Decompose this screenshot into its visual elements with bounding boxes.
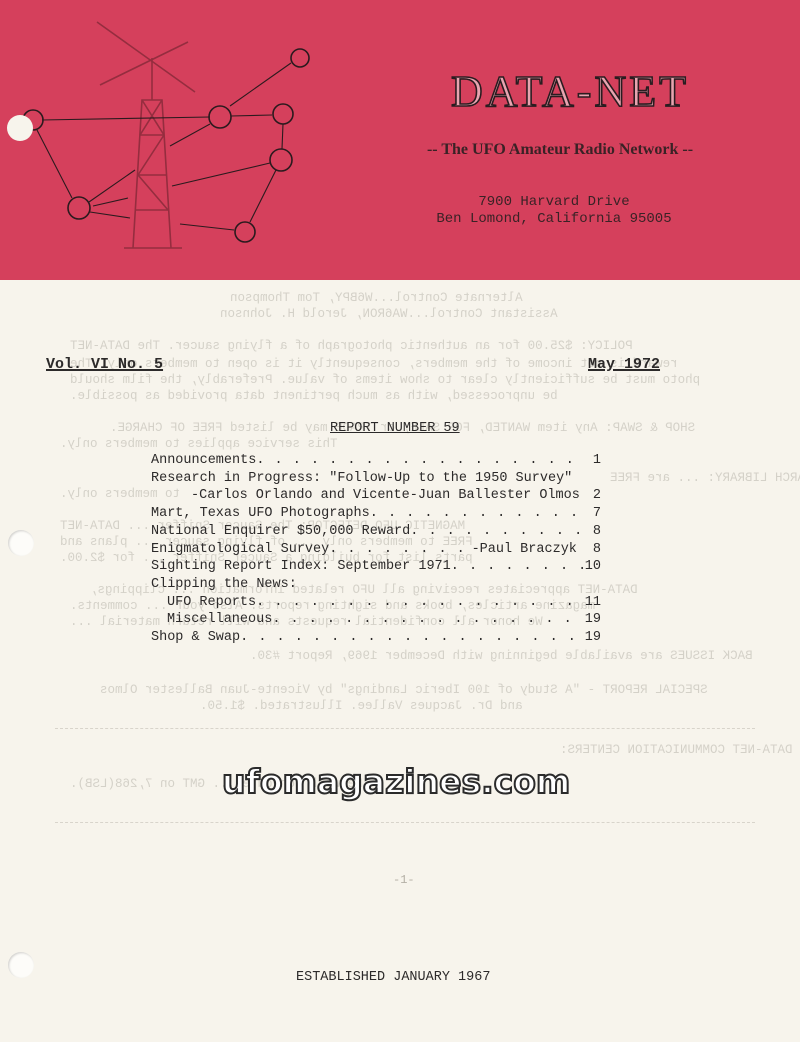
toc-leader-dots: . . . . . . . . . . . . . . . . . . . . … — [370, 505, 585, 523]
toc-entry-page: 2 — [585, 487, 601, 505]
toc-entry-page: 11 — [585, 594, 601, 612]
toc-leader-dots: . . . . . . . . . . . . . . . . . . . . … — [410, 523, 585, 541]
toc-leader-dots: . . . . . . . . . . . . . . . . . . . . … — [256, 594, 585, 612]
ghost-line: and Dr. Jacques Vallee. Illustrated. $1.… — [200, 698, 523, 714]
toc-entry-page: 8 — [585, 541, 601, 559]
toc-entry: National Enquirer $50,000 Reward . . . .… — [151, 523, 601, 541]
toc-leader-dots: . . . . . . . . . . . . . . . . . . . . … — [272, 611, 584, 629]
toc-entry-title: Shop & Swap — [151, 629, 240, 647]
toc-entry-page: 7 — [585, 505, 601, 523]
toc-entry-page: 8 — [585, 523, 601, 541]
toc-entry-page — [585, 576, 601, 594]
ghost-line: Assistant Control...WA6RON, Jerold H. Jo… — [220, 306, 558, 322]
toc-entry-page: 1 — [585, 452, 601, 470]
page-number: -1- — [393, 873, 415, 887]
toc-entry-page: 19 — [585, 629, 601, 647]
toc-entry: Research in Progress: "Follow-Up to the … — [151, 470, 601, 488]
divider — [55, 728, 755, 729]
toc-entry: -Carlos Orlando and Vicente-Juan Ballest… — [151, 487, 601, 505]
toc-entry: UFO Reports . . . . . . . . . . . . . . … — [151, 594, 601, 612]
toc-entry: Shop & Swap . . . . . . . . . . . . . . … — [151, 629, 601, 647]
binder-hole — [8, 530, 34, 556]
toc-entry: Miscellaneous . . . . . . . . . . . . . … — [151, 611, 601, 629]
ghost-line: be unprocessed, with as much pertinent d… — [70, 388, 558, 404]
toc-entry-title: Announcements — [151, 452, 256, 470]
toc-entry-title: Research in Progress: "Follow-Up to the … — [151, 470, 572, 488]
report-title: REPORT NUMBER 59 — [330, 421, 460, 436]
toc-leader-dots — [297, 576, 585, 594]
toc-entry: Mart, Texas UFO Photographs . . . . . . … — [151, 505, 601, 523]
toc-entry-title: National Enquirer $50,000 Reward — [151, 523, 410, 541]
toc-entry-title: Mart, Texas UFO Photographs — [151, 505, 370, 523]
footer-established: ESTABLISHED JANUARY 1967 — [296, 970, 490, 985]
toc-entry-title: Sighting Report Index: September 1971 — [151, 558, 451, 576]
ghost-line: SPECIAL REPORT - "A Study of 100 Iberic … — [100, 682, 708, 698]
toc-leader-dots: . . . . . . . . . . . . . . . . . . . . … — [256, 452, 585, 470]
toc-entry-title: Clipping the News: — [151, 576, 297, 594]
toc-entry-title: UFO Reports — [167, 594, 256, 612]
masthead-banner: DATA-NET -- The UFO Amateur Radio Networ… — [0, 0, 800, 280]
toc-entry: Clipping the News: — [151, 576, 601, 594]
ghost-line: POLICY: $25.00 for an authentic photogra… — [70, 338, 633, 354]
ghost-line: This service applies to members only. — [60, 436, 338, 452]
radio-tower-network-icon — [0, 0, 330, 260]
divider — [55, 822, 755, 823]
volume-number: Vol. VI No. 5 — [46, 356, 163, 373]
table-of-contents: Announcements . . . . . . . . . . . . . … — [151, 452, 601, 647]
address-line-1: 7900 Harvard Drive — [384, 194, 724, 211]
masthead-title: DATA-NET — [370, 66, 770, 117]
toc-entry-title: Enigmatological Survey — [151, 541, 329, 559]
ghost-line: BACK ISSUES are available beginning with… — [250, 648, 753, 664]
ghost-line: RESEARCH LIBRARY: ... are FREE — [610, 470, 800, 486]
ghost-line: photo must be sufficiently clear to show… — [70, 372, 700, 388]
ghost-line: DATA-NET COMMUNICATION CENTERS: — [560, 742, 793, 758]
toc-entry-page — [585, 470, 601, 488]
toc-entry-title: Miscellaneous — [167, 611, 272, 629]
masthead-address: 7900 Harvard Drive Ben Lomond, Californi… — [384, 194, 724, 228]
issue-date: May 1972 — [588, 356, 660, 373]
binder-hole — [8, 952, 34, 978]
toc-leader-dots: . . . . . . . . . . . . . . . . . . . . … — [240, 629, 585, 647]
toc-entry-page: 19 — [585, 611, 601, 629]
toc-entry: Sighting Report Index: September 1971 . … — [151, 558, 601, 576]
toc-leader-dots: . . . . . . . . . . . . . . . . . . . . … — [451, 558, 585, 576]
masthead-tagline: -- The UFO Amateur Radio Network -- — [350, 141, 770, 159]
toc-entry-author: -Paul Braczyk — [472, 541, 585, 559]
toc-leader-dots — [572, 470, 585, 488]
toc-entry: Announcements . . . . . . . . . . . . . … — [151, 452, 601, 470]
toc-leader-dots: . . . . . . . . . . . . . . . . . . . . … — [329, 541, 471, 559]
toc-entry-page: 10 — [585, 558, 601, 576]
toc-entry-title: -Carlos Orlando and Vicente-Juan Ballest… — [191, 487, 580, 505]
address-line-2: Ben Lomond, California 95005 — [384, 211, 724, 228]
watermark: ufomagazines.com — [222, 762, 570, 801]
ghost-line: Alternate Control...W6BPY, Tom Thompson — [230, 290, 523, 306]
toc-entry: Enigmatological Survey . . . . . . . . .… — [151, 541, 601, 559]
